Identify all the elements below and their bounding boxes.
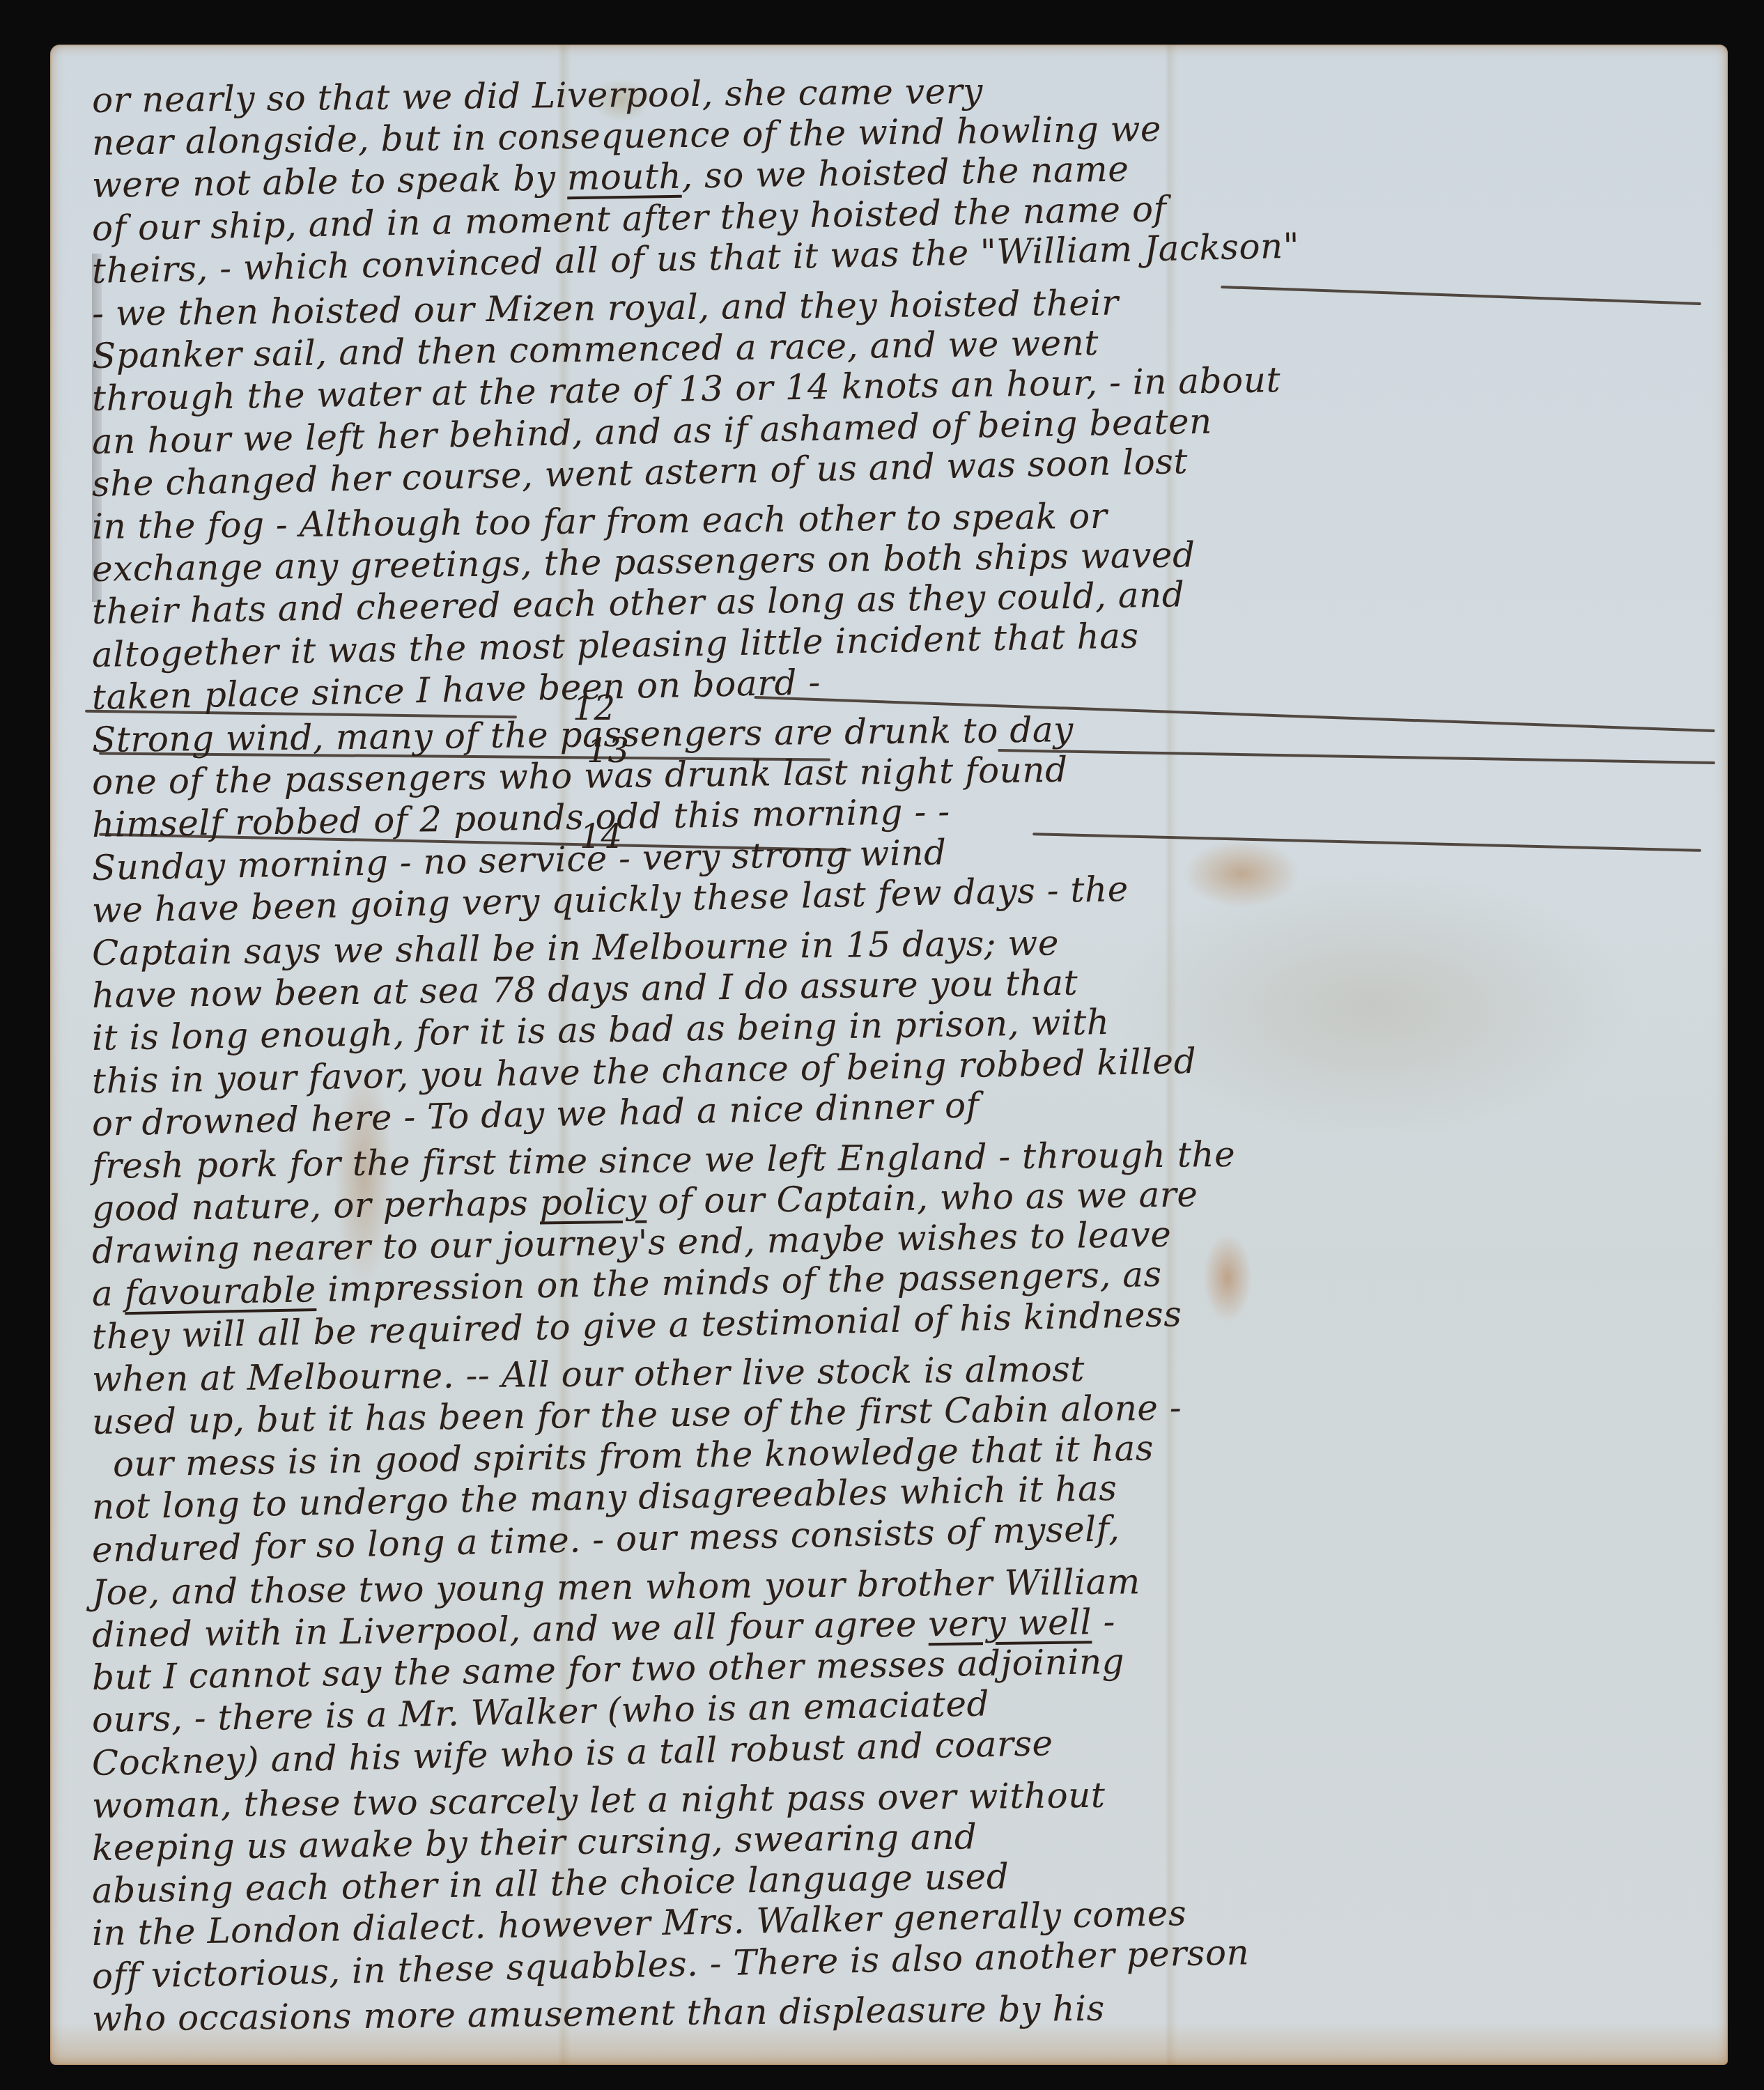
letter-body-continued: [50, 31, 1728, 2051]
letter-page: 12 13 14 or nearly so that we did Liverp…: [50, 45, 1728, 2065]
